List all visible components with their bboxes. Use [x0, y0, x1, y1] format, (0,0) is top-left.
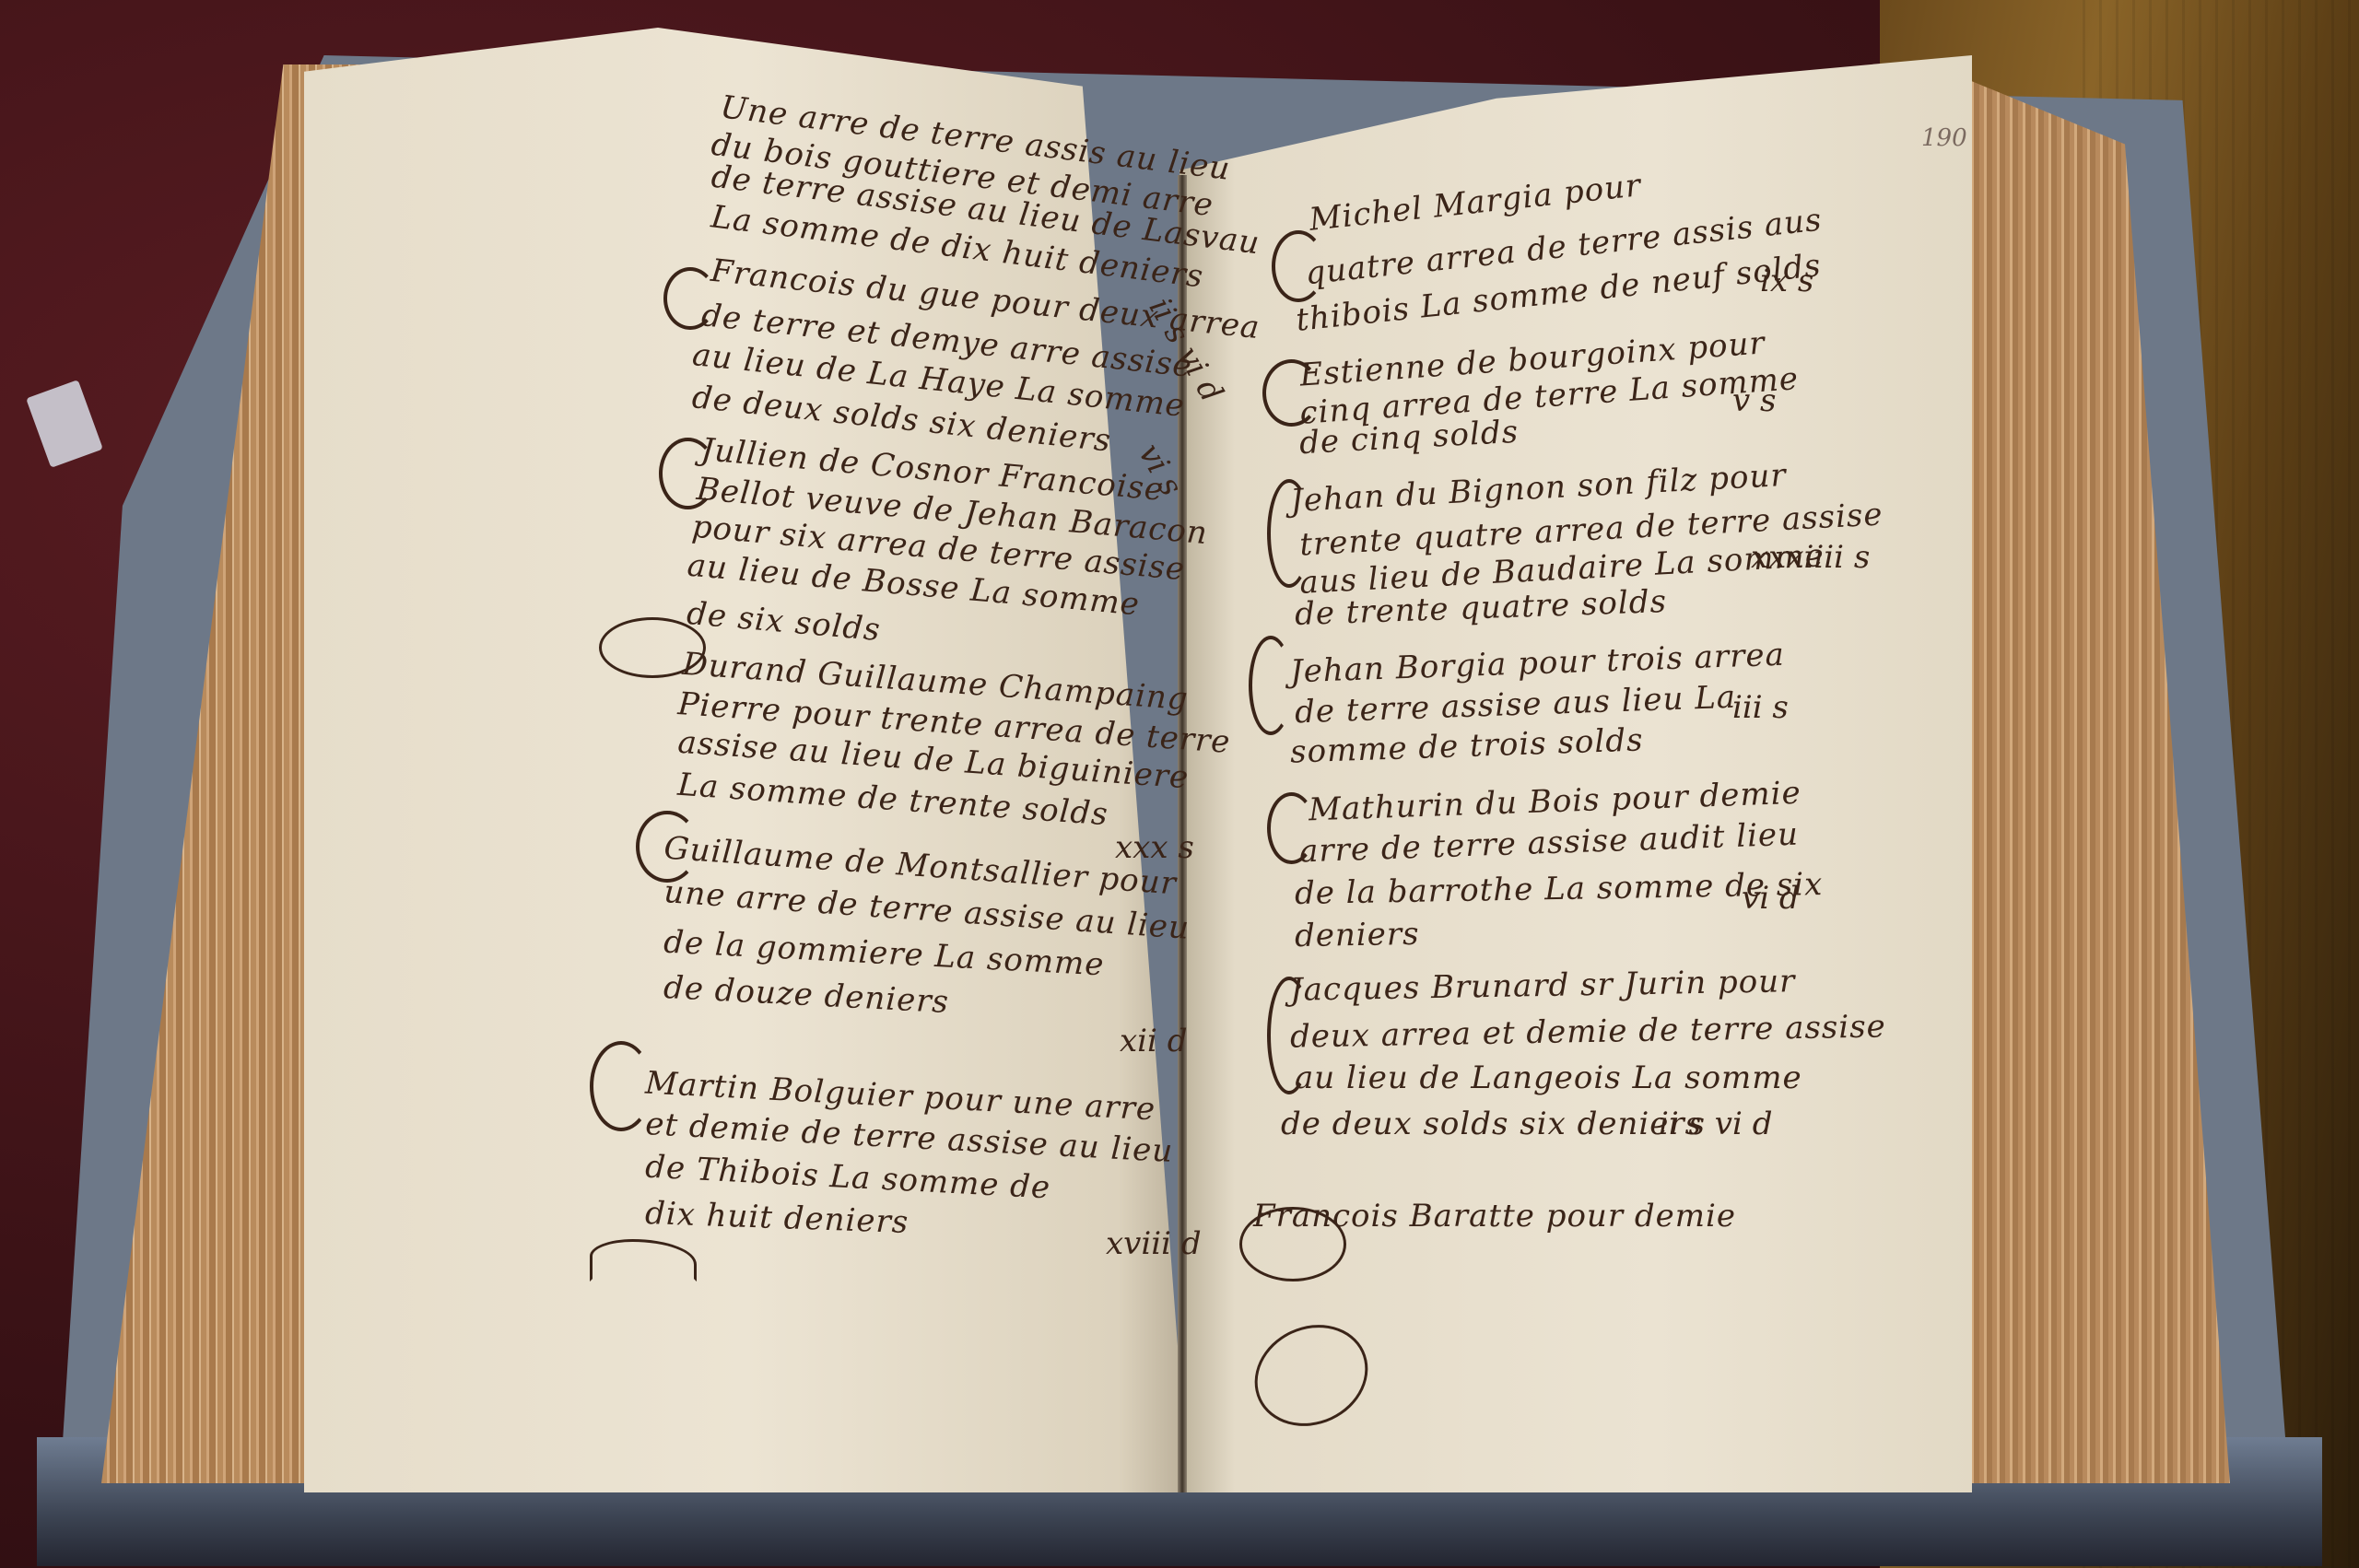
handwritten-line: de deux solds six deniers [1281, 1106, 1702, 1142]
margin-amount: iii s [1732, 689, 1789, 726]
signature-flourish [1239, 1207, 1346, 1281]
handwritten-line: au lieu de Langeois La somme [1295, 1059, 1802, 1096]
handwritten-line: deniers [1295, 916, 1420, 954]
initial-flourish [1249, 636, 1293, 735]
margin-amount: v s [1732, 382, 1776, 419]
margin-amount: xviii d [1106, 1225, 1202, 1262]
folio-number: 190 [1921, 124, 1967, 152]
margin-amount: xxxiiii s [1751, 539, 1870, 576]
margin-amount: vi d [1742, 880, 1800, 917]
margin-amount: xii d [1120, 1023, 1188, 1059]
margin-amount: ii s vi d [1659, 1106, 1772, 1142]
margin-amount: xxx s [1115, 829, 1194, 866]
initial-flourish [590, 1041, 652, 1131]
margin-amount: ix s [1760, 263, 1813, 299]
